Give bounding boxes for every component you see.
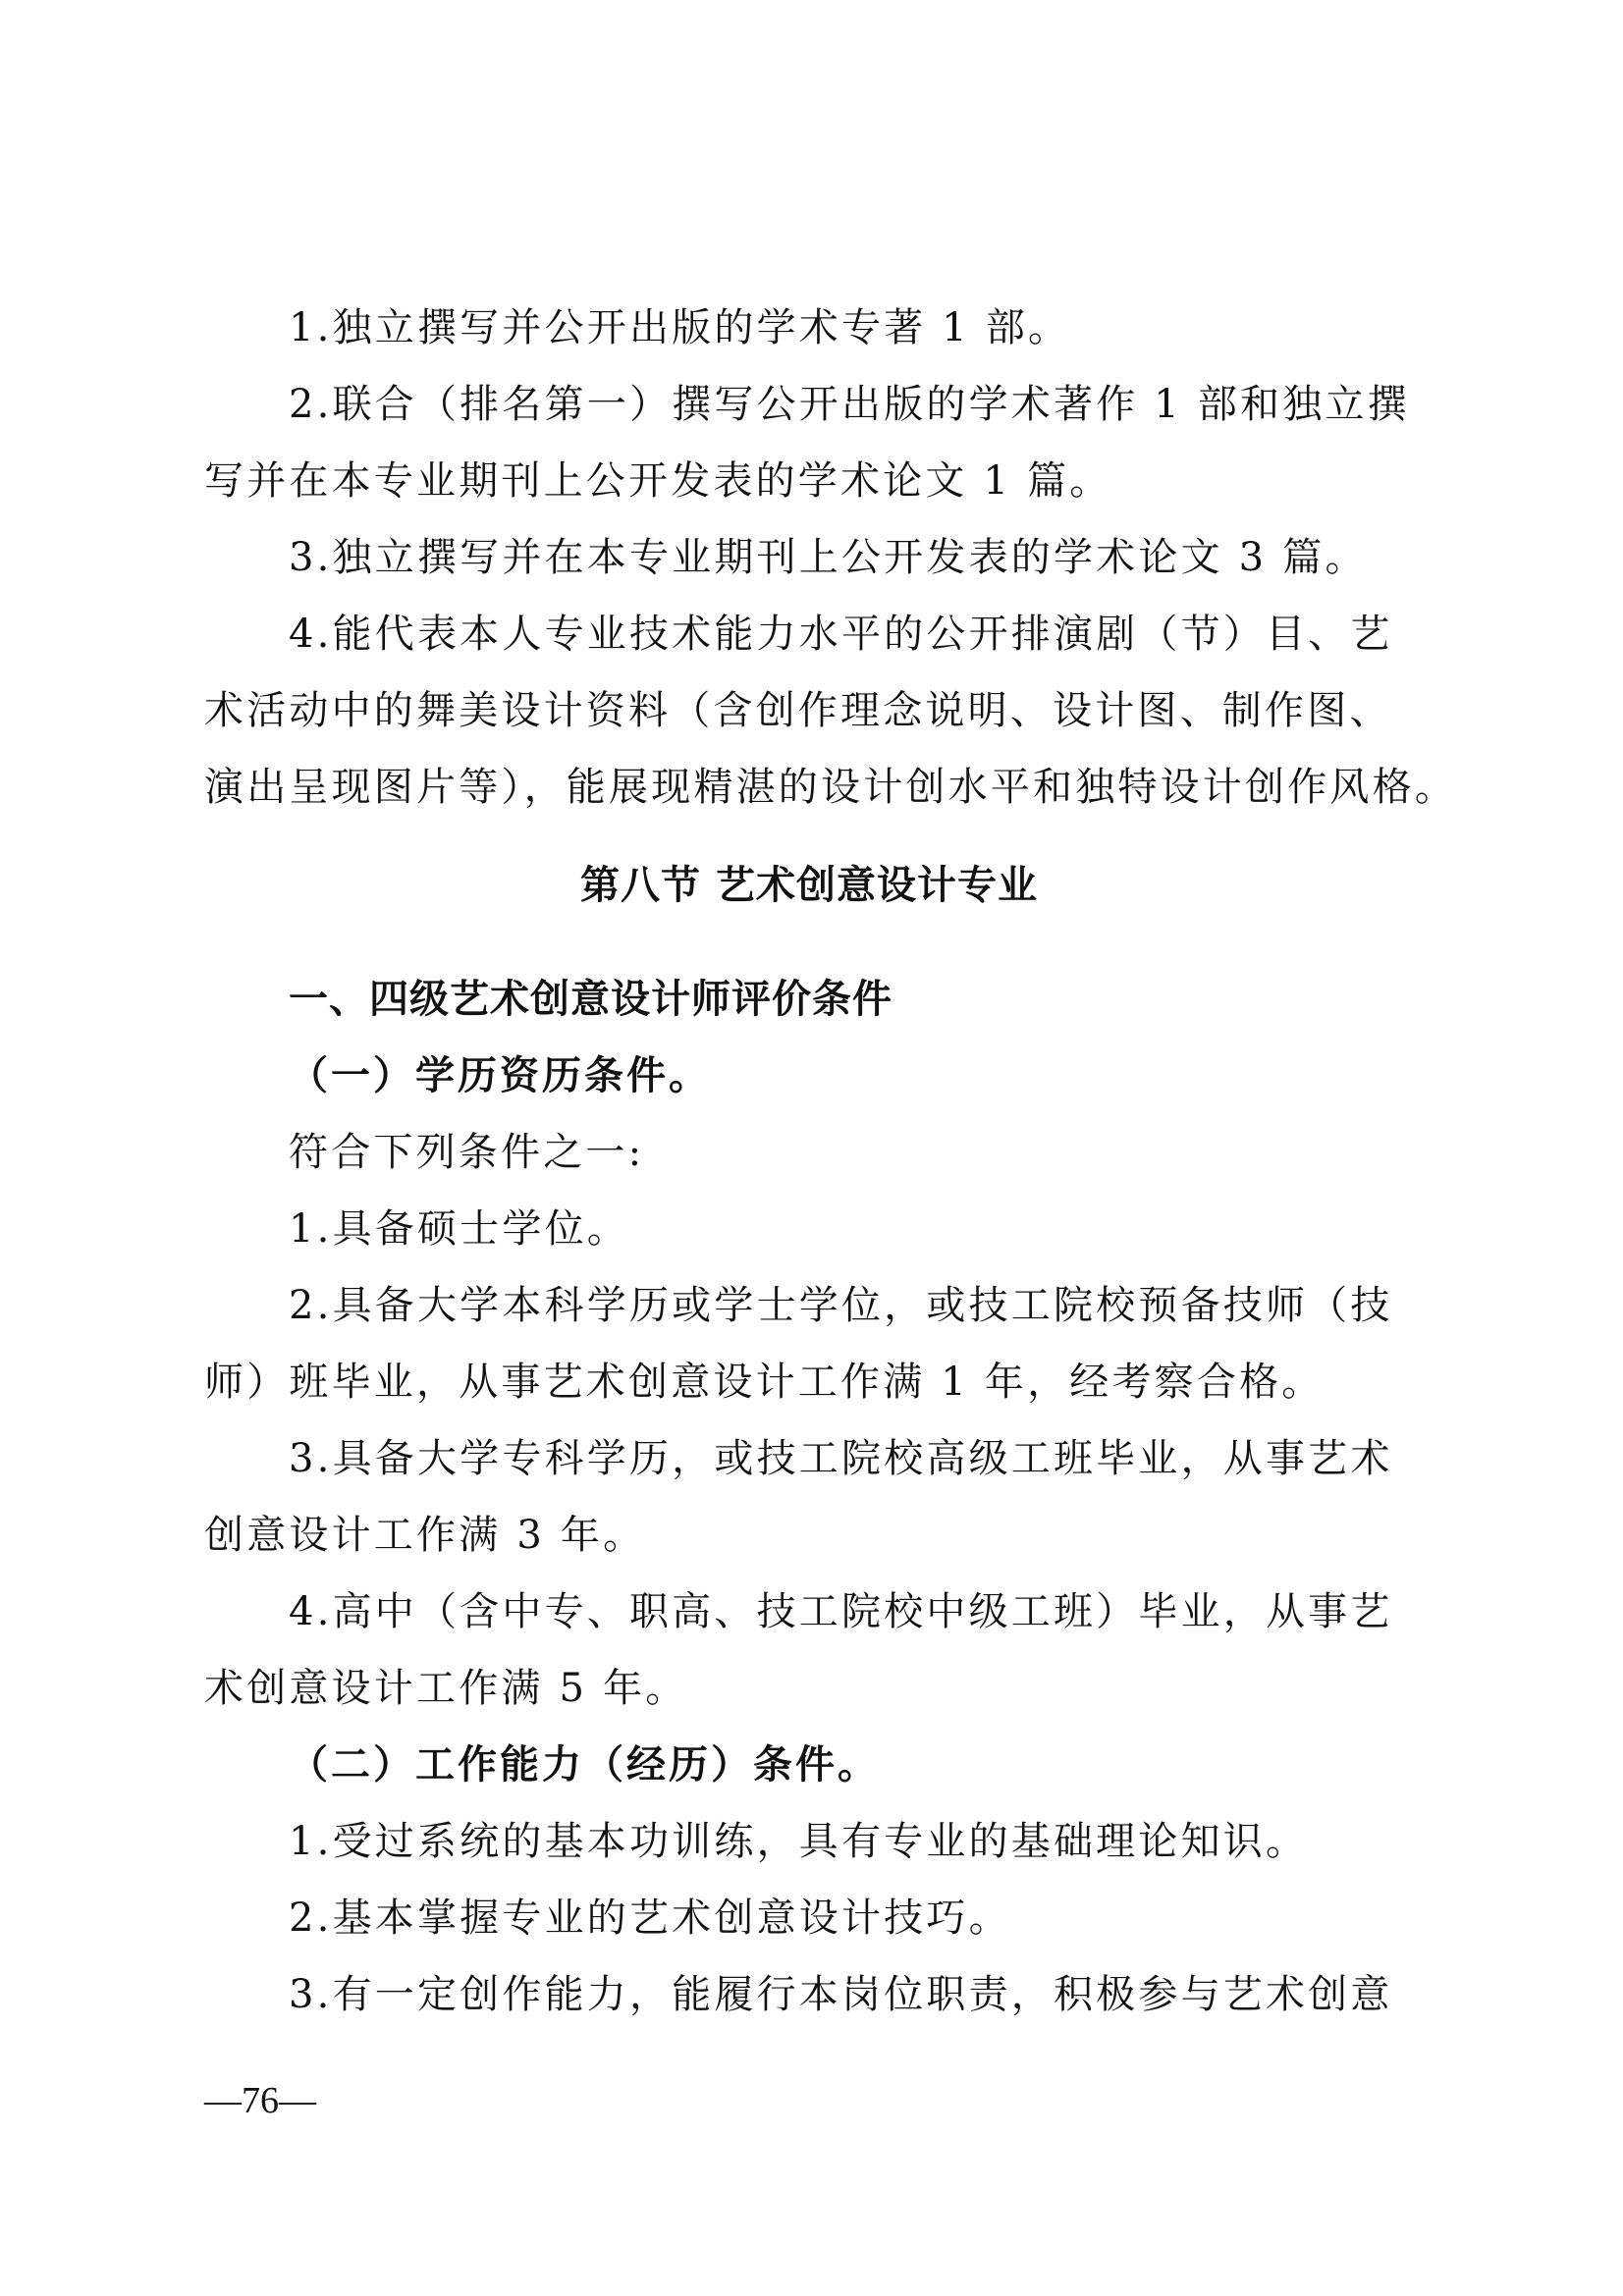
- list-item: 1.独立撰写并公开出版的学术专著 1 部。: [289, 304, 1070, 351]
- list-item: 4.能代表本人专业技术能力水平的公开排演剧（节）目、艺: [289, 611, 1393, 658]
- intro-text: 符合下列条件之一:: [289, 1129, 644, 1176]
- list-item: 2.联合（排名第一）撰写公开出版的学术著作 1 部和独立撰: [289, 381, 1410, 428]
- list-item: 2.基本掌握专业的艺术创意设计技巧。: [289, 1895, 1011, 1942]
- list-item-continuation: 创意设计工作满 3 年。: [204, 1512, 645, 1559]
- list-item: 1.具备硕士学位。: [289, 1205, 629, 1253]
- list-item: 1.受过系统的基本功训练，具有专业的基础理论知识。: [289, 1818, 1308, 1865]
- list-item-continuation: 演出呈现图片等），能展现精湛的设计创水平和独特设计创作风格。: [204, 764, 1457, 811]
- list-item: 3.独立撰写并在本专业期刊上公开发表的学术论文 3 篇。: [289, 534, 1368, 581]
- list-item-continuation: 写并在本专业期刊上公开发表的学术论文 1 篇。: [204, 457, 1111, 505]
- subsection-title: （二）工作能力（经历）条件。: [289, 1741, 880, 1789]
- subsection-title: （一）学历资历条件。: [289, 1052, 711, 1099]
- section-title: 第八节 艺术创意设计专业: [204, 862, 1414, 909]
- list-item: 3.具备大学专科学历，或技工院校高级工班毕业，从事艺术: [289, 1435, 1393, 1482]
- list-item-continuation: 术创意设计工作满 5 年。: [204, 1665, 687, 1712]
- list-item: 3.有一定创作能力，能履行本岗位职责，积极参与艺术创意: [289, 1971, 1393, 2018]
- page-number: —76—: [204, 2079, 316, 2122]
- list-item: 4.高中（含中专、职高、技工院校中级工班）毕业，从事艺: [289, 1588, 1393, 1635]
- list-item: 2.具备大学本科学历或学士学位，或技工院校预备技师（技: [289, 1282, 1393, 1329]
- list-item-continuation: 师）班毕业，从事艺术创意设计工作满 1 年，经考察合格。: [204, 1359, 1324, 1406]
- chapter-heading: 一、四级艺术创意设计师评价条件: [289, 976, 893, 1023]
- list-item-continuation: 术活动中的舞美设计资料（含创作理念说明、设计图、制作图、: [204, 687, 1392, 734]
